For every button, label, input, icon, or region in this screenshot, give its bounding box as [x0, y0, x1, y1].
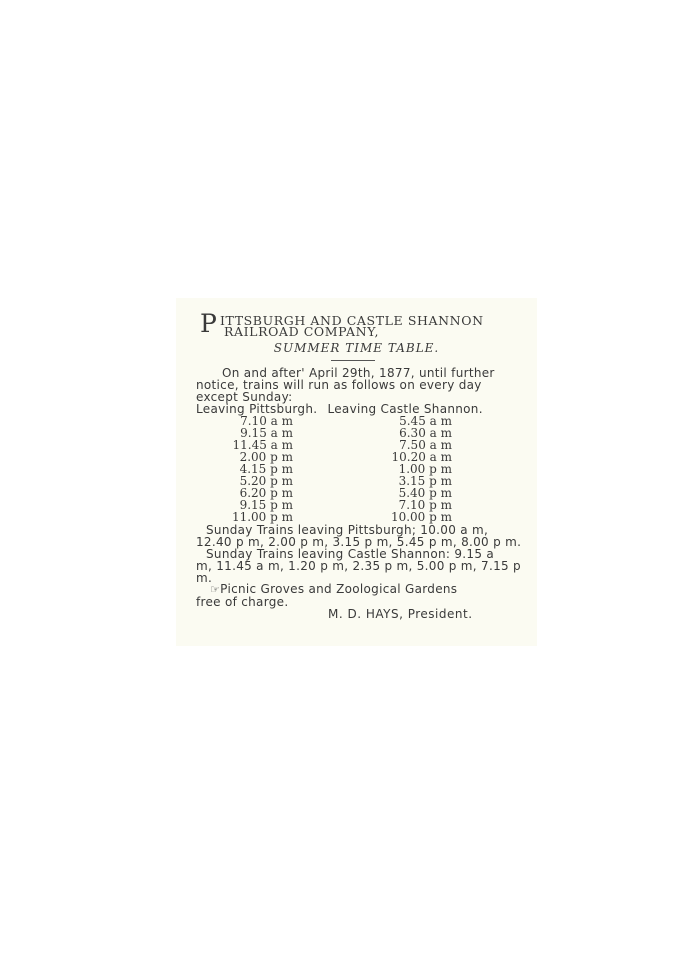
schedule-table: 7.10 a m5.45 a m9.15 a m6.30 a m11.45 a …	[196, 415, 514, 523]
sunday-line: m, 11.45 a m, 1.20 p m, 2.35 p m, 5.00 p…	[196, 560, 514, 572]
title-line-2: RAILROAD COMPANY,	[224, 325, 379, 338]
pittsburgh-departure: 11.00 p m	[232, 511, 293, 523]
signature: M. D. HAYS, President.	[328, 607, 473, 621]
drop-cap: P	[200, 311, 217, 337]
schedule-row: 11.00 p m10.00 p m	[196, 511, 514, 523]
intro-paragraph: On and after' April 29th, 1877, until fu…	[196, 367, 514, 403]
picnic-note: ☞Picnic Groves and Zoological Gardens fr…	[196, 583, 514, 608]
subtitle: SUMMER TIME TABLE.	[176, 341, 537, 355]
divider	[331, 360, 375, 361]
castle-shannon-departure: 10.00 p m	[391, 511, 452, 523]
note-line: Picnic Groves and Zoological Gardens	[220, 582, 457, 596]
sunday-schedule: Sunday Trains leaving Pittsburgh; 10.00 …	[196, 524, 514, 584]
newspaper-clipping: P ITTSBURGH AND CASTLE SHANNON RAILROAD …	[176, 298, 537, 646]
